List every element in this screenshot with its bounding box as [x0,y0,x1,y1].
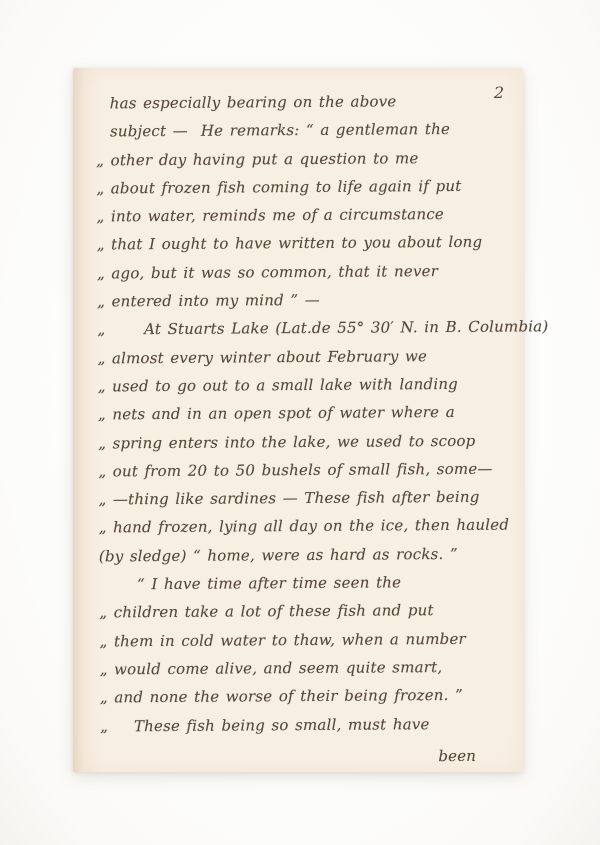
manuscript-line: „ spring enters into the lake, we used t… [98,426,509,457]
manuscript-line: “ I have time after time seen the [99,568,510,599]
manuscript-page: 2 has especially bearing on the above su… [73,68,523,772]
manuscript-line: „ children take a lot of these fish and … [99,596,510,627]
manuscript-line: „ At Stuarts Lake (Lat.de 55° 30′ N. in … [97,313,508,344]
manuscript-line: „ used to go out to a small lake with la… [98,370,509,401]
manuscript-line: „ almost every winter about February we [97,341,508,372]
catchword: been [100,741,511,772]
manuscript-line: „ that I ought to have written to you ab… [97,228,508,259]
manuscript-line: (by sledge) “ home, were as hard as rock… [99,539,510,570]
manuscript-line: „ nets and in an open spot of water wher… [98,398,509,429]
manuscript-line: „ ago, but it was so common, that it nev… [97,256,508,287]
manuscript-line: has especially bearing on the above [96,87,507,118]
manuscript-line: „ out from 20 to 50 bushels of small fis… [98,454,509,485]
photo-background: 2 has especially bearing on the above su… [0,0,600,845]
manuscript-line: „ about frozen fish coming to life again… [96,171,507,202]
manuscript-line: subject — He remarks: “ a gentleman the [96,115,507,146]
manuscript-line: „ and none the worse of their being froz… [100,681,511,712]
manuscript-line: „ hand frozen, lying all day on the ice,… [99,511,510,542]
manuscript-text: has especially bearing on the above subj… [96,87,512,773]
manuscript-line: „ entered into my mind ” — [97,285,508,316]
manuscript-line: „ other day having put a question to me [96,143,507,174]
manuscript-line: „ would come alive, and seem quite smart… [100,652,511,683]
manuscript-line: „ —thing like sardines — These fish afte… [98,483,509,514]
manuscript-line: „ These fish being so small, must have [100,709,511,740]
manuscript-line: „ into water, reminds me of a circumstan… [96,200,507,231]
manuscript-line: „ them in cold water to thaw, when a num… [99,624,510,655]
